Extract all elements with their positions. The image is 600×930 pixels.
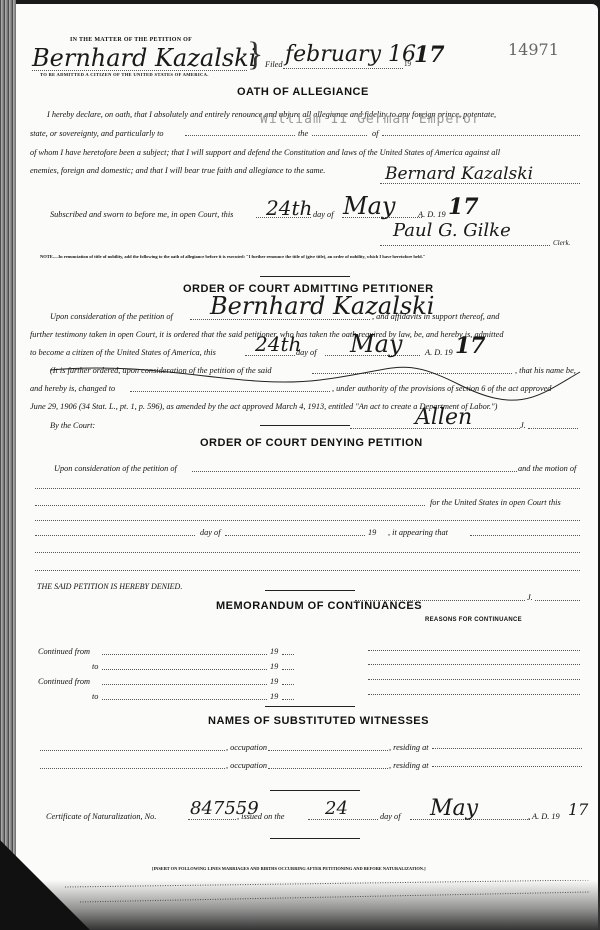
admit-year: 17 xyxy=(455,333,486,359)
oath-line-4: enemies, foreign and domestic; and that … xyxy=(30,166,325,175)
book-binding xyxy=(0,0,16,930)
petitioner-signature: Bernard Kazalski xyxy=(385,164,533,184)
by-court-label: By the Court: xyxy=(50,421,95,430)
witness-residing-2: , residing at xyxy=(389,761,429,770)
certificate-day: 24 xyxy=(325,798,348,819)
certificate-ad: , A. D. 19 xyxy=(528,812,560,821)
denying-title: ORDER OF COURT DENYING PETITION xyxy=(200,437,423,449)
sworn-year: 17 xyxy=(448,194,479,220)
sovereign-stamp: William II German Emperor xyxy=(260,112,481,127)
filed-year: 17 xyxy=(414,42,445,68)
continued-from-1: Continued from xyxy=(38,647,90,656)
denied-statement: THE SAID PETITION IS HEREBY DENIED. xyxy=(37,582,182,591)
witness-occupation-1: , occupation xyxy=(226,743,267,752)
cont-year-2: 19 xyxy=(270,662,278,671)
deny-year: 19 xyxy=(368,528,376,537)
matter-label: IN THE MATTER OF THE PETITION OF xyxy=(70,37,192,43)
deny-line-3b: for the United States in open Court this xyxy=(430,498,561,507)
page-corner-shadow xyxy=(0,840,90,930)
certificate-month: May xyxy=(430,796,478,821)
oath-line-2: state, or sovereignty, and particularly … xyxy=(30,129,164,138)
reasons-label: REASONS FOR CONTINUANCE xyxy=(425,617,522,623)
cont-year-4: 19 xyxy=(270,692,278,701)
admit-line-1a: Upon consideration of the petition of xyxy=(50,312,173,321)
sworn-day: 24th xyxy=(266,196,312,220)
continued-to-2: to xyxy=(92,692,98,701)
deny-line-1b: and the motion of xyxy=(518,464,576,473)
admit-day-of: day of xyxy=(296,348,317,357)
judge-signature: Allen xyxy=(415,405,472,430)
admit-line-3: to become a citizen of the United States… xyxy=(30,348,216,357)
corner-number: 14971 xyxy=(508,40,559,59)
cont-year-3: 19 xyxy=(270,677,278,686)
admit-month: May xyxy=(350,330,402,358)
admit-line-1b: , and affidavits in support thereof, and xyxy=(372,312,499,321)
insert-note: [INSERT ON FOLLOWING LINES MARRIAGES AND… xyxy=(152,866,426,871)
cont-year-1: 19 xyxy=(270,647,278,656)
deny-line-1a: Upon consideration of the petition of xyxy=(54,464,177,473)
judge-label: J. xyxy=(520,421,526,430)
sworn-month: May xyxy=(343,192,395,220)
oath-title: OATH OF ALLEGIANCE xyxy=(237,86,369,98)
witness-residing-1: , residing at xyxy=(389,743,429,752)
certificate-label: Certificate of Naturalization, No. xyxy=(46,812,156,821)
sworn-ad: A. D. 19 xyxy=(418,210,446,219)
petitioner-name: Bernhard Kazalski xyxy=(32,44,256,72)
admit-ad: A. D. 19 xyxy=(425,348,453,357)
nobility-note: NOTE.—In renunciation of title of nobili… xyxy=(40,254,425,259)
continuances-title: MEMORANDUM OF CONTINUANCES xyxy=(216,600,422,612)
filed-date: february 16 xyxy=(285,42,416,67)
page-bottom-shadow xyxy=(0,880,600,930)
deny-day-of: day of xyxy=(200,528,221,537)
oath-the: the xyxy=(298,129,308,138)
sworn-text: Subscribed and sworn to before me, in op… xyxy=(50,210,233,219)
certificate-day-of: day of xyxy=(380,812,401,821)
continued-to-1: to xyxy=(92,662,98,671)
filed-label: Filed xyxy=(265,60,283,69)
certificate-year: 17 xyxy=(568,800,588,819)
witness-occupation-2: , occupation xyxy=(226,761,267,770)
witnesses-title: NAMES OF SUBSTITUTED WITNESSES xyxy=(208,715,429,727)
continued-from-2: Continued from xyxy=(38,677,90,686)
admitted-label: TO BE ADMITTED A CITIZEN OF THE UNITED S… xyxy=(40,72,209,77)
oath-of: of xyxy=(372,129,378,138)
certificate-issued: , issued on the xyxy=(237,812,284,821)
sworn-day-of: day of xyxy=(313,210,334,219)
deny-judge-label: J. xyxy=(527,593,533,602)
deny-appearing: , it appearing that xyxy=(388,528,448,537)
clerk-label: Clerk. xyxy=(553,239,570,247)
filed-year-prefix: 19 xyxy=(404,60,411,68)
brace: } xyxy=(247,36,263,74)
admit-day: 24th xyxy=(255,332,301,356)
oath-line-3: of whom I have heretofore been a subject… xyxy=(30,148,500,157)
clerk-signature: Paul G. Gilke xyxy=(393,220,511,241)
